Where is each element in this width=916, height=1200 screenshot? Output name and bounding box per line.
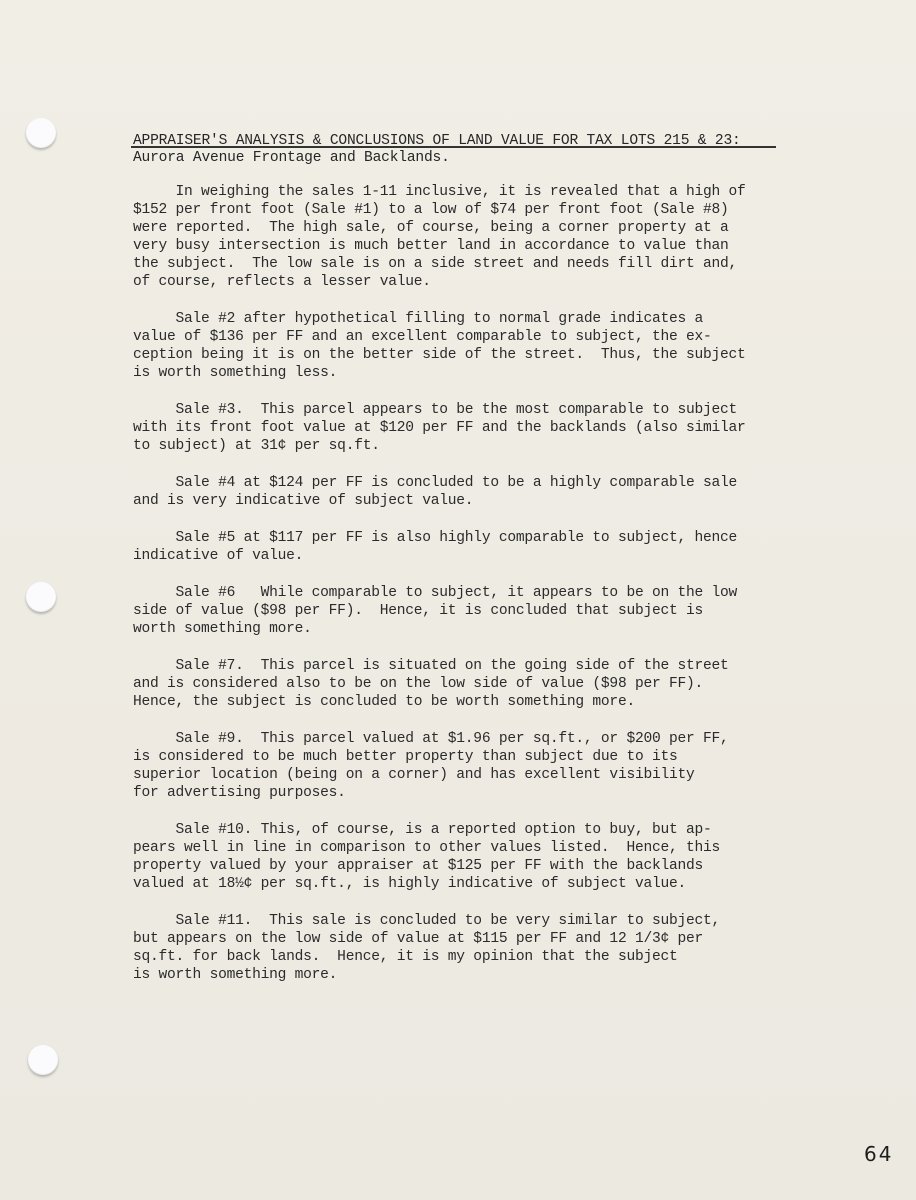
text-line: $152 per front foot (Sale #1) to a low o… xyxy=(133,201,813,219)
text-line: Sale #10. This, of course, is a reported… xyxy=(133,821,813,839)
text-line: property valued by your appraiser at $12… xyxy=(133,857,813,875)
text-line: Sale #6 While comparable to subject, it … xyxy=(133,584,813,602)
text-line: Sale #5 at $117 per FF is also highly co… xyxy=(133,529,813,547)
text-line: to subject) at 31¢ per sq.ft. xyxy=(133,437,813,455)
text-line: is worth something less. xyxy=(133,364,813,382)
text-line: with its front foot value at $120 per FF… xyxy=(133,419,813,437)
paragraph-sale-9: Sale #9. This parcel valued at $1.96 per… xyxy=(133,730,813,802)
text-line: value of $136 per FF and an excellent co… xyxy=(133,328,813,346)
document-page: APPRAISER'S ANALYSIS & CONCLUSIONS OF LA… xyxy=(0,0,916,1200)
text-line: but appears on the low side of value at … xyxy=(133,930,813,948)
paragraph-overview: In weighing the sales 1-11 inclusive, it… xyxy=(133,183,813,291)
paragraph-sale-11: Sale #11. This sale is concluded to be v… xyxy=(133,912,813,984)
heading-line-2: Aurora Avenue Frontage and Backlands. xyxy=(133,150,778,167)
text-line: very busy intersection is much better la… xyxy=(133,237,813,255)
text-line: indicative of value. xyxy=(133,547,813,565)
text-line: sq.ft. for back lands. Hence, it is my o… xyxy=(133,948,813,966)
paragraph-sale-4: Sale #4 at $124 per FF is concluded to b… xyxy=(133,474,813,510)
text-line: for advertising purposes. xyxy=(133,784,813,802)
punch-hole-middle xyxy=(26,582,56,612)
paragraph-sale-7: Sale #7. This parcel is situated on the … xyxy=(133,657,813,711)
paragraph-sale-6: Sale #6 While comparable to subject, it … xyxy=(133,584,813,638)
text-line: of course, reflects a lesser value. xyxy=(133,273,813,291)
heading-underline xyxy=(131,146,776,148)
paragraph-sale-5: Sale #5 at $117 per FF is also highly co… xyxy=(133,529,813,565)
text-line: and is considered also to be on the low … xyxy=(133,675,813,693)
document-body: In weighing the sales 1-11 inclusive, it… xyxy=(133,183,813,1003)
text-line: Hence, the subject is concluded to be wo… xyxy=(133,693,813,711)
text-line: superior location (being on a corner) an… xyxy=(133,766,813,784)
text-line: Sale #4 at $124 per FF is concluded to b… xyxy=(133,474,813,492)
text-line: valued at 18½¢ per sq.ft., is highly ind… xyxy=(133,875,813,893)
text-line: is considered to be much better property… xyxy=(133,748,813,766)
punch-hole-top xyxy=(26,118,56,148)
text-line: Sale #11. This sale is concluded to be v… xyxy=(133,912,813,930)
text-line: side of value ($98 per FF). Hence, it is… xyxy=(133,602,813,620)
text-line: Sale #9. This parcel valued at $1.96 per… xyxy=(133,730,813,748)
paragraph-sale-3: Sale #3. This parcel appears to be the m… xyxy=(133,401,813,455)
text-line: and is very indicative of subject value. xyxy=(133,492,813,510)
text-line: ception being it is on the better side o… xyxy=(133,346,813,364)
text-line: worth something more. xyxy=(133,620,813,638)
text-line: pears well in line in comparison to othe… xyxy=(133,839,813,857)
page-number: 64 xyxy=(864,1142,893,1166)
document-heading: APPRAISER'S ANALYSIS & CONCLUSIONS OF LA… xyxy=(133,133,778,167)
text-line: the subject. The low sale is on a side s… xyxy=(133,255,813,273)
text-line: Sale #3. This parcel appears to be the m… xyxy=(133,401,813,419)
text-line: Sale #7. This parcel is situated on the … xyxy=(133,657,813,675)
text-line: were reported. The high sale, of course,… xyxy=(133,219,813,237)
paragraph-sale-10: Sale #10. This, of course, is a reported… xyxy=(133,821,813,893)
text-line: is worth something more. xyxy=(133,966,813,984)
punch-hole-bottom xyxy=(28,1045,58,1075)
paragraph-sale-2: Sale #2 after hypothetical filling to no… xyxy=(133,310,813,382)
text-line: In weighing the sales 1-11 inclusive, it… xyxy=(133,183,813,201)
text-line: Sale #2 after hypothetical filling to no… xyxy=(133,310,813,328)
